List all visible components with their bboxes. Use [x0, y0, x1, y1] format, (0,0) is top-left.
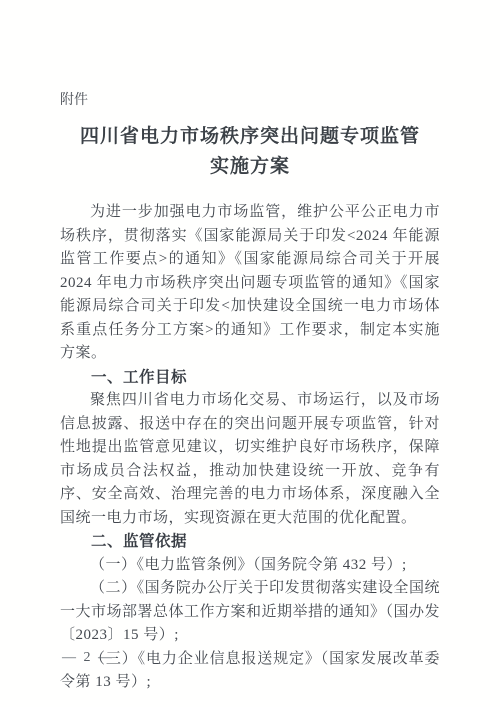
- section-heading: 二、监管依据: [60, 530, 440, 554]
- section-heading: 一、工作目标: [60, 366, 440, 390]
- page-number: — 2 —: [62, 650, 114, 666]
- paragraph: 为进一步加强电力市场监管，维护公平公正电力市场秩序，贯彻落实《国家能源局关于印发…: [60, 201, 440, 366]
- paragraph: 聚焦四川省电力市场化交易、市场运行，以及市场信息披露、报送中存在的突出问题开展专…: [60, 389, 440, 530]
- paragraph: （一）《电力监管条例》（国务院令第 432 号）;: [60, 554, 440, 578]
- document-page: 附件 四川省电力市场秩序突出问题专项监管 实施方案 为进一步加强电力市场监管，维…: [0, 0, 500, 707]
- document-title: 四川省电力市场秩序突出问题专项监管 实施方案: [60, 122, 440, 182]
- document-title-line-2: 实施方案: [60, 152, 440, 182]
- paragraph: （三）《电力企业信息报送规定》（国家发展改革委令第 13 号）;: [60, 648, 440, 695]
- document-title-line-1: 四川省电力市场秩序突出问题专项监管: [60, 122, 440, 152]
- attachment-label: 附件: [60, 92, 440, 110]
- paragraph: （二）《国务院办公厅关于印发贯彻落实建设全国统一大市场部署总体工作方案和近期举措…: [60, 577, 440, 648]
- document-body: 为进一步加强电力市场监管，维护公平公正电力市场秩序，贯彻落实《国家能源局关于印发…: [60, 201, 440, 695]
- document-content: 附件 四川省电力市场秩序突出问题专项监管 实施方案 为进一步加强电力市场监管，维…: [0, 0, 500, 695]
